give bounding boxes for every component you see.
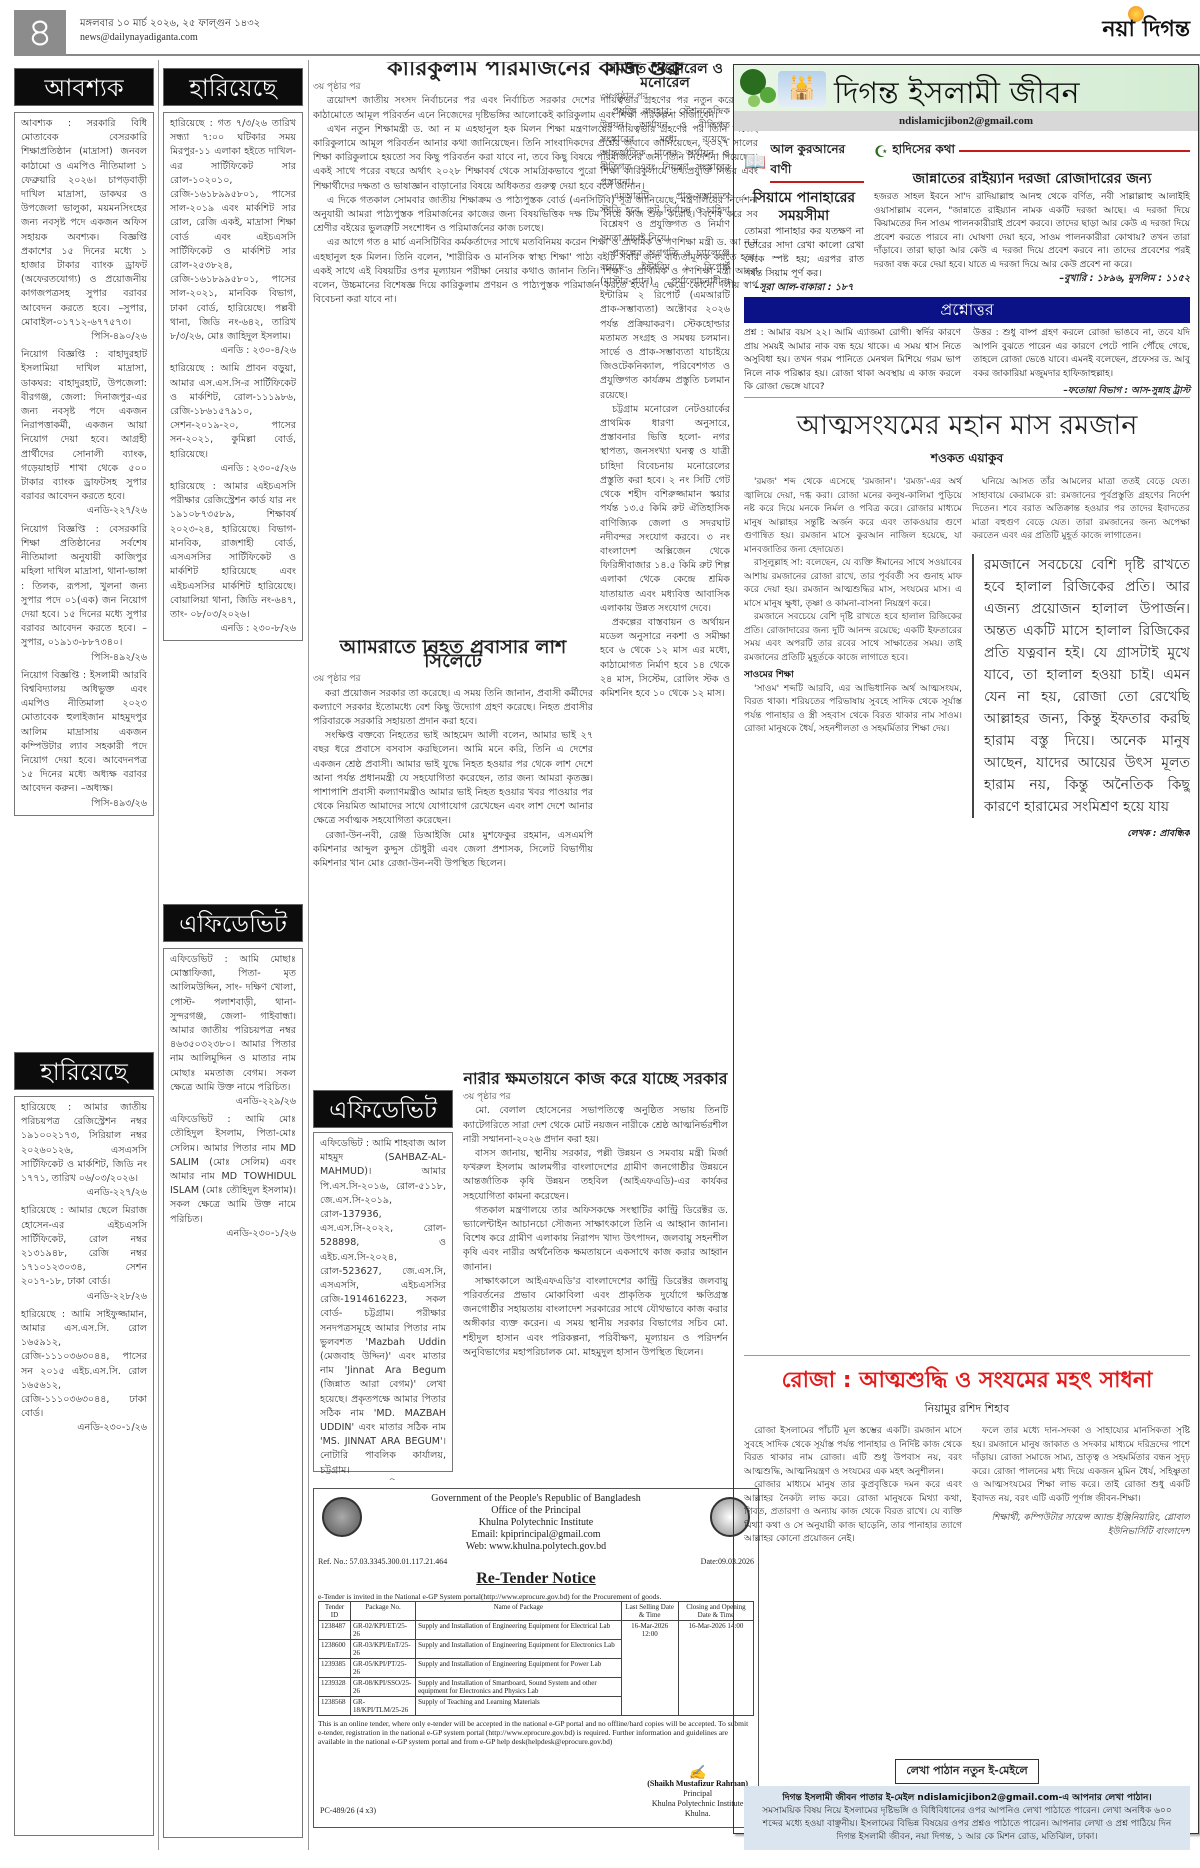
package-name: Supply of Teaching and Learning Material… xyxy=(416,1697,622,1716)
write-us-body: সমসাময়িক বিষয় নিয়ে ইসলামের দৃষ্টিভঙ্গ… xyxy=(752,1805,1182,1844)
tender-intro: e-Tender is invited in the National e-GP… xyxy=(318,1592,754,1601)
tender-id: 1238568 xyxy=(319,1697,351,1716)
article-paragraph: প্রকল্পের অগ্রগতি ও চ্যালেঞ্জে রয়েছে- ই… xyxy=(600,247,730,403)
article-subhead: সাওমের শিক্ষা xyxy=(744,669,962,683)
section-banner: 🕌 দিগন্ত ইসলামী জীবন xyxy=(734,65,1198,111)
tender-footer: This is an online tender, where only e-t… xyxy=(318,1719,754,1746)
ad-text: হারিয়েছে : গত ৭/৩/২৬ তারিখ সন্ধ্যা ৭:০০… xyxy=(170,117,296,344)
section-title-affidavit: এফিডেভিট xyxy=(313,1090,453,1128)
package-no: GR-05/KPI/PT/25-26 xyxy=(350,1659,415,1678)
write-us-content: দিগন্ত ইসলামী জীবন পাতার ই-মেইল ndislami… xyxy=(744,1786,1190,1850)
jump-label: ৩য় পৃষ্ঠার পর xyxy=(313,672,593,686)
ad-code: এনডি : ২৩০-৪/২৬ xyxy=(170,344,296,358)
article-expat: আমিরাতে নিহত প্রবাসীর লাশ সিলেটে ৩য় পৃষ… xyxy=(313,640,593,1060)
ad-code: এনডি-২৩০-৬/২৬ xyxy=(320,1478,446,1480)
pull-quote: রমজানে সবচেয়ে বেশি দৃষ্টি রাখতে হবে হাল… xyxy=(972,554,1190,818)
article-paragraph: ফলে তার মধ্যে দান-সদকা ও সাহায্যের মানসি… xyxy=(972,1425,1190,1506)
article-paragraph: 'রমজ' শব্দ থেকে এসেছে 'রমজান'। 'রমজ'-এর … xyxy=(744,476,962,557)
ad-code: এনডি-২২৯/২৬ xyxy=(170,1095,296,1109)
ad-code: এনডি-২২৮/২৬ xyxy=(21,1290,147,1304)
decor-dot-icon xyxy=(760,87,776,103)
article-paragraph: রাসূলুল্লাহ সা: বলেছেন, যে ব্যক্তি ঈমানে… xyxy=(744,557,962,611)
ad-text: নিয়োগ বিজ্ঞপ্তি : বেসরকারি শিক্ষা প্রতি… xyxy=(21,523,147,651)
article-paragraph: রেজা-উন-নবী, রেঞ্জ ডিআইজি মোঃ মুশফেকুর র… xyxy=(313,829,593,872)
ad-text: নিয়োগ বিজ্ঞপ্তি : ইসলামী আরবি বিশ্ববিদ্… xyxy=(21,669,147,797)
package-no: GR-08/KPI/SSO/25-26 xyxy=(350,1678,415,1697)
tender-pc-code: PC-489/26 (4 x3) xyxy=(320,1806,376,1815)
ad-code: এনডি-২২৭/২৬ xyxy=(21,1186,147,1200)
ad-text: আবশ্যক : সরকারি বিধি মোতাবেক বেসরকারি শি… xyxy=(21,117,147,330)
jump-label: ৩য় পৃষ্ঠার পর xyxy=(600,90,730,104)
ad-text: হারিয়েছে : আমি প্রাবন বড়ুয়া, আমার এস.… xyxy=(170,362,296,461)
article-paragraph: চট্টগ্রাম মনোরেল নেটওয়ার্কের প্রাথমিক ধ… xyxy=(600,403,730,616)
column-header: Last Selling Date & Time xyxy=(621,1602,678,1621)
hadith-label: হাদিসের কথা xyxy=(892,141,955,161)
section-title-affidavit: এফিডেভিট xyxy=(163,904,303,942)
article-paragraph: করা প্রয়োজন সরকার তা করেছে। এ সময় তিনি… xyxy=(313,687,593,730)
write-us-label: লেখা পাঠান নতুন ই-মেইলে xyxy=(895,1759,1038,1784)
column-header: Tender ID xyxy=(319,1602,351,1621)
article-ramadan: আত্মসংযমের মহান মাস রমজান শওকত এয়াকুব '… xyxy=(744,405,1190,1365)
affidavit-column: এফিডেভিট এফিডেভিট : আমি মোছাঃ মোস্তাফিজা… xyxy=(163,904,303,1854)
article-paragraph: সংক্ষিপ্ত বক্তব্যে নিহতের ভাই আহমেদ আলী … xyxy=(313,729,593,828)
ad-text: হারিয়েছে : আমার ছেলে মিরাজ হোসেন-এর এইচ… xyxy=(21,1204,147,1289)
tender-title: Re-Tender Notice xyxy=(318,1570,754,1588)
article-credit: লেখক : প্রাবন্ধিক xyxy=(972,828,1190,842)
re-tender-notice: Government of the People's Republic of B… xyxy=(313,1488,759,1828)
quran-text: তোমরা পানাহার কর যতক্ষণ না ভোরের সাদা রে… xyxy=(744,225,864,281)
package-name: Supply and Installation of Engineering E… xyxy=(416,1659,622,1678)
article-paragraph: প্রযুক্তি ব্যবহার; স্টেশনকেন্দ্রিক উন্নয… xyxy=(600,105,730,190)
ad-text: এফিডেভিট : আমি মোঃ তৌহিদুল ইসলাম, পিতা-ম… xyxy=(170,1113,296,1227)
tender-gov: Government of the People's Republic of B… xyxy=(318,1493,754,1505)
article-paragraph: মো. বেলাল হোসেনের সভাপতিত্বে অনুষ্ঠিত সভ… xyxy=(463,1104,728,1147)
tender-id: 1238600 xyxy=(319,1640,351,1659)
table-row: 1238487 GR-02/KPI/ET/25-26 Supply and In… xyxy=(319,1621,754,1640)
article-women: নারীর ক্ষমতায়নে কাজ করে যাচ্ছে সরকার ৩য… xyxy=(463,1072,728,1482)
affidavit-box-2: এফিডেভিট এফিডেভিট : আমি শাহবাজ আল মাহমুদ… xyxy=(313,1090,453,1480)
tender-table: Tender ID Package No. Name of Package La… xyxy=(318,1601,754,1716)
quran-heading: সিয়ামে পানাহারের সময়সীমা xyxy=(744,189,864,225)
ad-text: হারিয়েছে : আমি সাইফুজ্জামান, আমার এস.এস… xyxy=(21,1308,147,1422)
classified-ad: এফিডেভিট : আমি মোছাঃ মোস্তাফিজা, পিতা- ম… xyxy=(163,948,303,1838)
section-email[interactable]: ndislamicjibon2@gmail.com xyxy=(734,111,1198,131)
quran-reference: –সূরা আল-বাকারা : ১৮৭ xyxy=(744,281,864,296)
tender-id: 1239385 xyxy=(319,1659,351,1678)
article-byline: নিয়ামুর রশিদ শিহাব xyxy=(744,1400,1190,1419)
column-divider xyxy=(158,60,159,1850)
column-header: Package No. xyxy=(350,1602,415,1621)
package-name: Supply and Installation of Engineering E… xyxy=(416,1621,622,1640)
divider xyxy=(744,1355,1190,1356)
section-title-lost: হারিয়েছে xyxy=(163,68,303,106)
column-divider xyxy=(308,60,309,1850)
quran-label: আল কুরআনের বাণী xyxy=(770,141,864,183)
ad-code: এনডি-২২৭/২৬ xyxy=(21,504,147,518)
classified-ad: এফিডেভিট : আমি শাহবাজ আল মাহমুদ (SAHBAZ-… xyxy=(313,1132,453,1472)
bangladesh-govt-seal-icon xyxy=(322,1497,362,1537)
ad-text: হারিয়েছে : আমার জাতীয় পরিচয়পত্র রেজিস… xyxy=(21,1101,147,1186)
hadith-box: ☪ হাদিসের কথা জান্নাতের রাইয়্যান দরজা র… xyxy=(874,141,1190,287)
mosque-icon: 🕌 xyxy=(778,71,826,107)
article-paragraph: গতকাল মন্ত্রণালয়ে তার অফিসকক্ষে সংস্থাট… xyxy=(463,1204,728,1275)
tender-id: 1238487 xyxy=(319,1621,351,1640)
qa-title: প্রশ্নোত্তর xyxy=(744,297,1190,323)
tender-institute: Khulna Polytechnic Institute xyxy=(318,1517,754,1529)
tender-office: Office of the Principal xyxy=(318,1505,754,1517)
article-headline: সমন্বিত মেট্রোরেল ও মনোরেল xyxy=(600,62,730,90)
news-email-link[interactable]: news@dailynayadiganta.com xyxy=(80,32,198,43)
article-paragraph: রোজা ইসলামের পাঁচটি মূল স্তম্ভের একটি। র… xyxy=(744,1425,962,1479)
tender-id: 1239328 xyxy=(319,1678,351,1697)
article-paragraph: রমজানে সবচেয়ে বেশি দৃষ্টি রাখতে হবে হাল… xyxy=(744,611,962,665)
article-paragraph: 'সাওম' শব্দটি আরবি, এর আভিধানিক অর্থ আত্… xyxy=(744,683,962,737)
ad-code: এনডি-২৩০-১/২৬ xyxy=(170,1227,296,1241)
package-no: GR-18/KPI/TLM/25-26 xyxy=(350,1697,415,1716)
classified-ad: হারিয়েছে : আমার জাতীয় পরিচয়পত্র রেজিস… xyxy=(14,1096,154,1836)
ad-text: এফিডেভিট : আমি মোছাঃ মোস্তাফিজা, পিতা- ম… xyxy=(170,953,296,1095)
ad-code: পিসি-৪৯০/২৬ xyxy=(21,330,147,344)
ad-code: পিসি-৪৯২/২৬ xyxy=(21,651,147,665)
islamic-life-section: 🕌 দিগন্ত ইসলামী জীবন ndislamicjibon2@gma… xyxy=(733,64,1199,1834)
last-selling-date: 16-Mar-2026 12:00 xyxy=(621,1621,678,1716)
page-header: ৪ মঙ্গলবার ১০ মার্চ ২০২৬, ২৫ ফাল্গুন ১৪৩… xyxy=(14,8,1200,56)
hadith-crescent-icon: ☪ xyxy=(874,142,888,161)
ad-text: নিয়োগ বিজ্ঞপ্তি : বাহাদুরহাট ইসলামিয়া … xyxy=(21,348,147,504)
lost-column-right: হারিয়েছে হারিয়েছে : গত ৭/৩/২৬ তারিখ সন… xyxy=(163,68,303,918)
article-paragraph: ঘনিয়ে আসত তাঁর আমলের মাত্রা ততই বেড়ে য… xyxy=(972,476,1190,544)
write-us-line: দিগন্ত ইসলামী জীবন পাতার ই-মেইল ndislami… xyxy=(752,1792,1182,1805)
article-paragraph: প্রকল্পের বাস্তবায়ন ও অর্থায়ন মডেল অনু… xyxy=(600,616,730,701)
lost-column-left: হারিয়েছে হারিয়েছে : আমার জাতীয় পরিচয়… xyxy=(14,1052,154,1852)
ad-code: এনডি-২৩০-১/২৬ xyxy=(21,1421,147,1435)
ad-code: পিসি-৪৯৩/২৬ xyxy=(21,797,147,811)
classified-ad: আবশ্যক : সরকারি বিধি মোতাবেক বেসরকারি শি… xyxy=(14,112,154,816)
classified-ad: হারিয়েছে : গত ৭/৩/২৬ তারিখ সন্ধ্যা ৭:০০… xyxy=(163,112,303,641)
jump-label: ৩য় পৃষ্ঠার পর xyxy=(463,1090,728,1104)
quran-book-icon: 📖 xyxy=(744,152,766,173)
red-rule xyxy=(959,150,1190,152)
decor-dot-icon xyxy=(748,95,760,107)
package-name: Supply and Installation of Smartboard, S… xyxy=(416,1678,622,1697)
newspaper-logo: নয়া দিগন্ত xyxy=(1102,12,1190,49)
hadith-text: হজরত সাহল ইবনে সা'দ রাদিয়াল্লাহু আনহু থ… xyxy=(874,191,1190,272)
article-paragraph: বাসস জানায়, স্থানীয় সরকার, পল্লী উন্নয… xyxy=(463,1147,728,1204)
article-credit: শিক্ষার্থী, কম্পিউটার সায়েন্স অ্যান্ড ই… xyxy=(972,1512,1190,1539)
hadith-reference: –বুখারি : ১৮৯৬, মুসলিম : ১১৫২ xyxy=(874,272,1190,287)
write-us-box: লেখা পাঠান নতুন ই-মেইলে দিগন্ত ইসলামী জী… xyxy=(744,1759,1190,1850)
section-title-lost: হারিয়েছে xyxy=(14,1052,154,1090)
page-number: ৪ xyxy=(14,10,66,56)
ad-text: এফিডেভিট : আমি শাহবাজ আল মাহমুদ (SAHBAZ-… xyxy=(320,1137,446,1478)
section-title-wanted: আবশ্যক xyxy=(14,68,154,106)
qa-question: প্রশ্ন : আমার বয়স ২২। আমি এ্যাজমা রোগী।… xyxy=(744,327,961,399)
hadith-heading: জান্নাতের রাইয়্যান দরজা রোজাদারের জন্য xyxy=(874,167,1190,191)
article-headline: নারীর ক্ষমতায়নে কাজ করে যাচ্ছে সরকার xyxy=(463,1072,728,1086)
article-paragraph: সাক্ষাৎকালে আইএফএডি'র বাংলাদেশের কান্ট্র… xyxy=(463,1275,728,1360)
article-headline: আমিরাতে নিহত প্রবাসীর লাশ সিলেটে xyxy=(313,640,593,668)
ad-code: এনডি : ২৩০-৫/২৬ xyxy=(170,462,296,476)
article-paragraph: এমআরটি প্রাক-সম্ভাব্যতা স্টাডি হবে, রুট … xyxy=(600,190,730,247)
tender-email[interactable]: Email: kpiprincipal@gmail.com xyxy=(318,1529,754,1541)
article-roza: রোজা : আত্মশুদ্ধি ও সংযমের মহৎ সাধনা নিয… xyxy=(744,1363,1190,1753)
article-paragraph: রোজার মাধ্যমে মানুষ তার কুপ্রবৃত্তিকে দম… xyxy=(744,1479,962,1547)
article-headline: আত্মসংযমের মহান মাস রমজান xyxy=(744,405,1190,450)
tender-web[interactable]: Web: www.khulna.polytech.gov.bd xyxy=(318,1541,754,1553)
article-byline: শওকত এয়াকুব xyxy=(744,450,1190,470)
issue-date: মঙ্গলবার ১০ মার্চ ২০২৬, ২৫ ফাল্গুন ১৪৩২ xyxy=(80,16,260,33)
qa-box: প্রশ্নোত্তর প্রশ্ন : আমার বয়স ২২। আমি এ… xyxy=(744,297,1190,399)
tender-ref: Ref. No.: 57.03.3345.300.01.117.21.464 xyxy=(318,1557,447,1566)
package-name: Supply and Installation of Engineering E… xyxy=(416,1640,622,1659)
ad-text: হারিয়েছে : আমার এইচএসসি পরীক্ষার রেজিস্… xyxy=(170,480,296,622)
package-no: GR-02/KPI/ET/25-26 xyxy=(350,1621,415,1640)
quran-box: 📖 আল কুরআনের বাণী সিয়ামে পানাহারের সময়… xyxy=(744,141,864,296)
article-headline: রোজা : আত্মশুদ্ধি ও সংযমের মহৎ সাধনা xyxy=(744,1363,1190,1400)
ad-code: এনডি : ২৩০-৮/২৬ xyxy=(170,622,296,636)
package-no: GR-03/KPI/EnT/25-26 xyxy=(350,1640,415,1659)
qa-answer: উত্তর : শুধু বাষ্প গ্রহণ করলে রোজা ভাঙবে… xyxy=(973,327,1190,381)
column-header: Name of Package xyxy=(416,1602,622,1621)
divider xyxy=(744,397,1190,398)
